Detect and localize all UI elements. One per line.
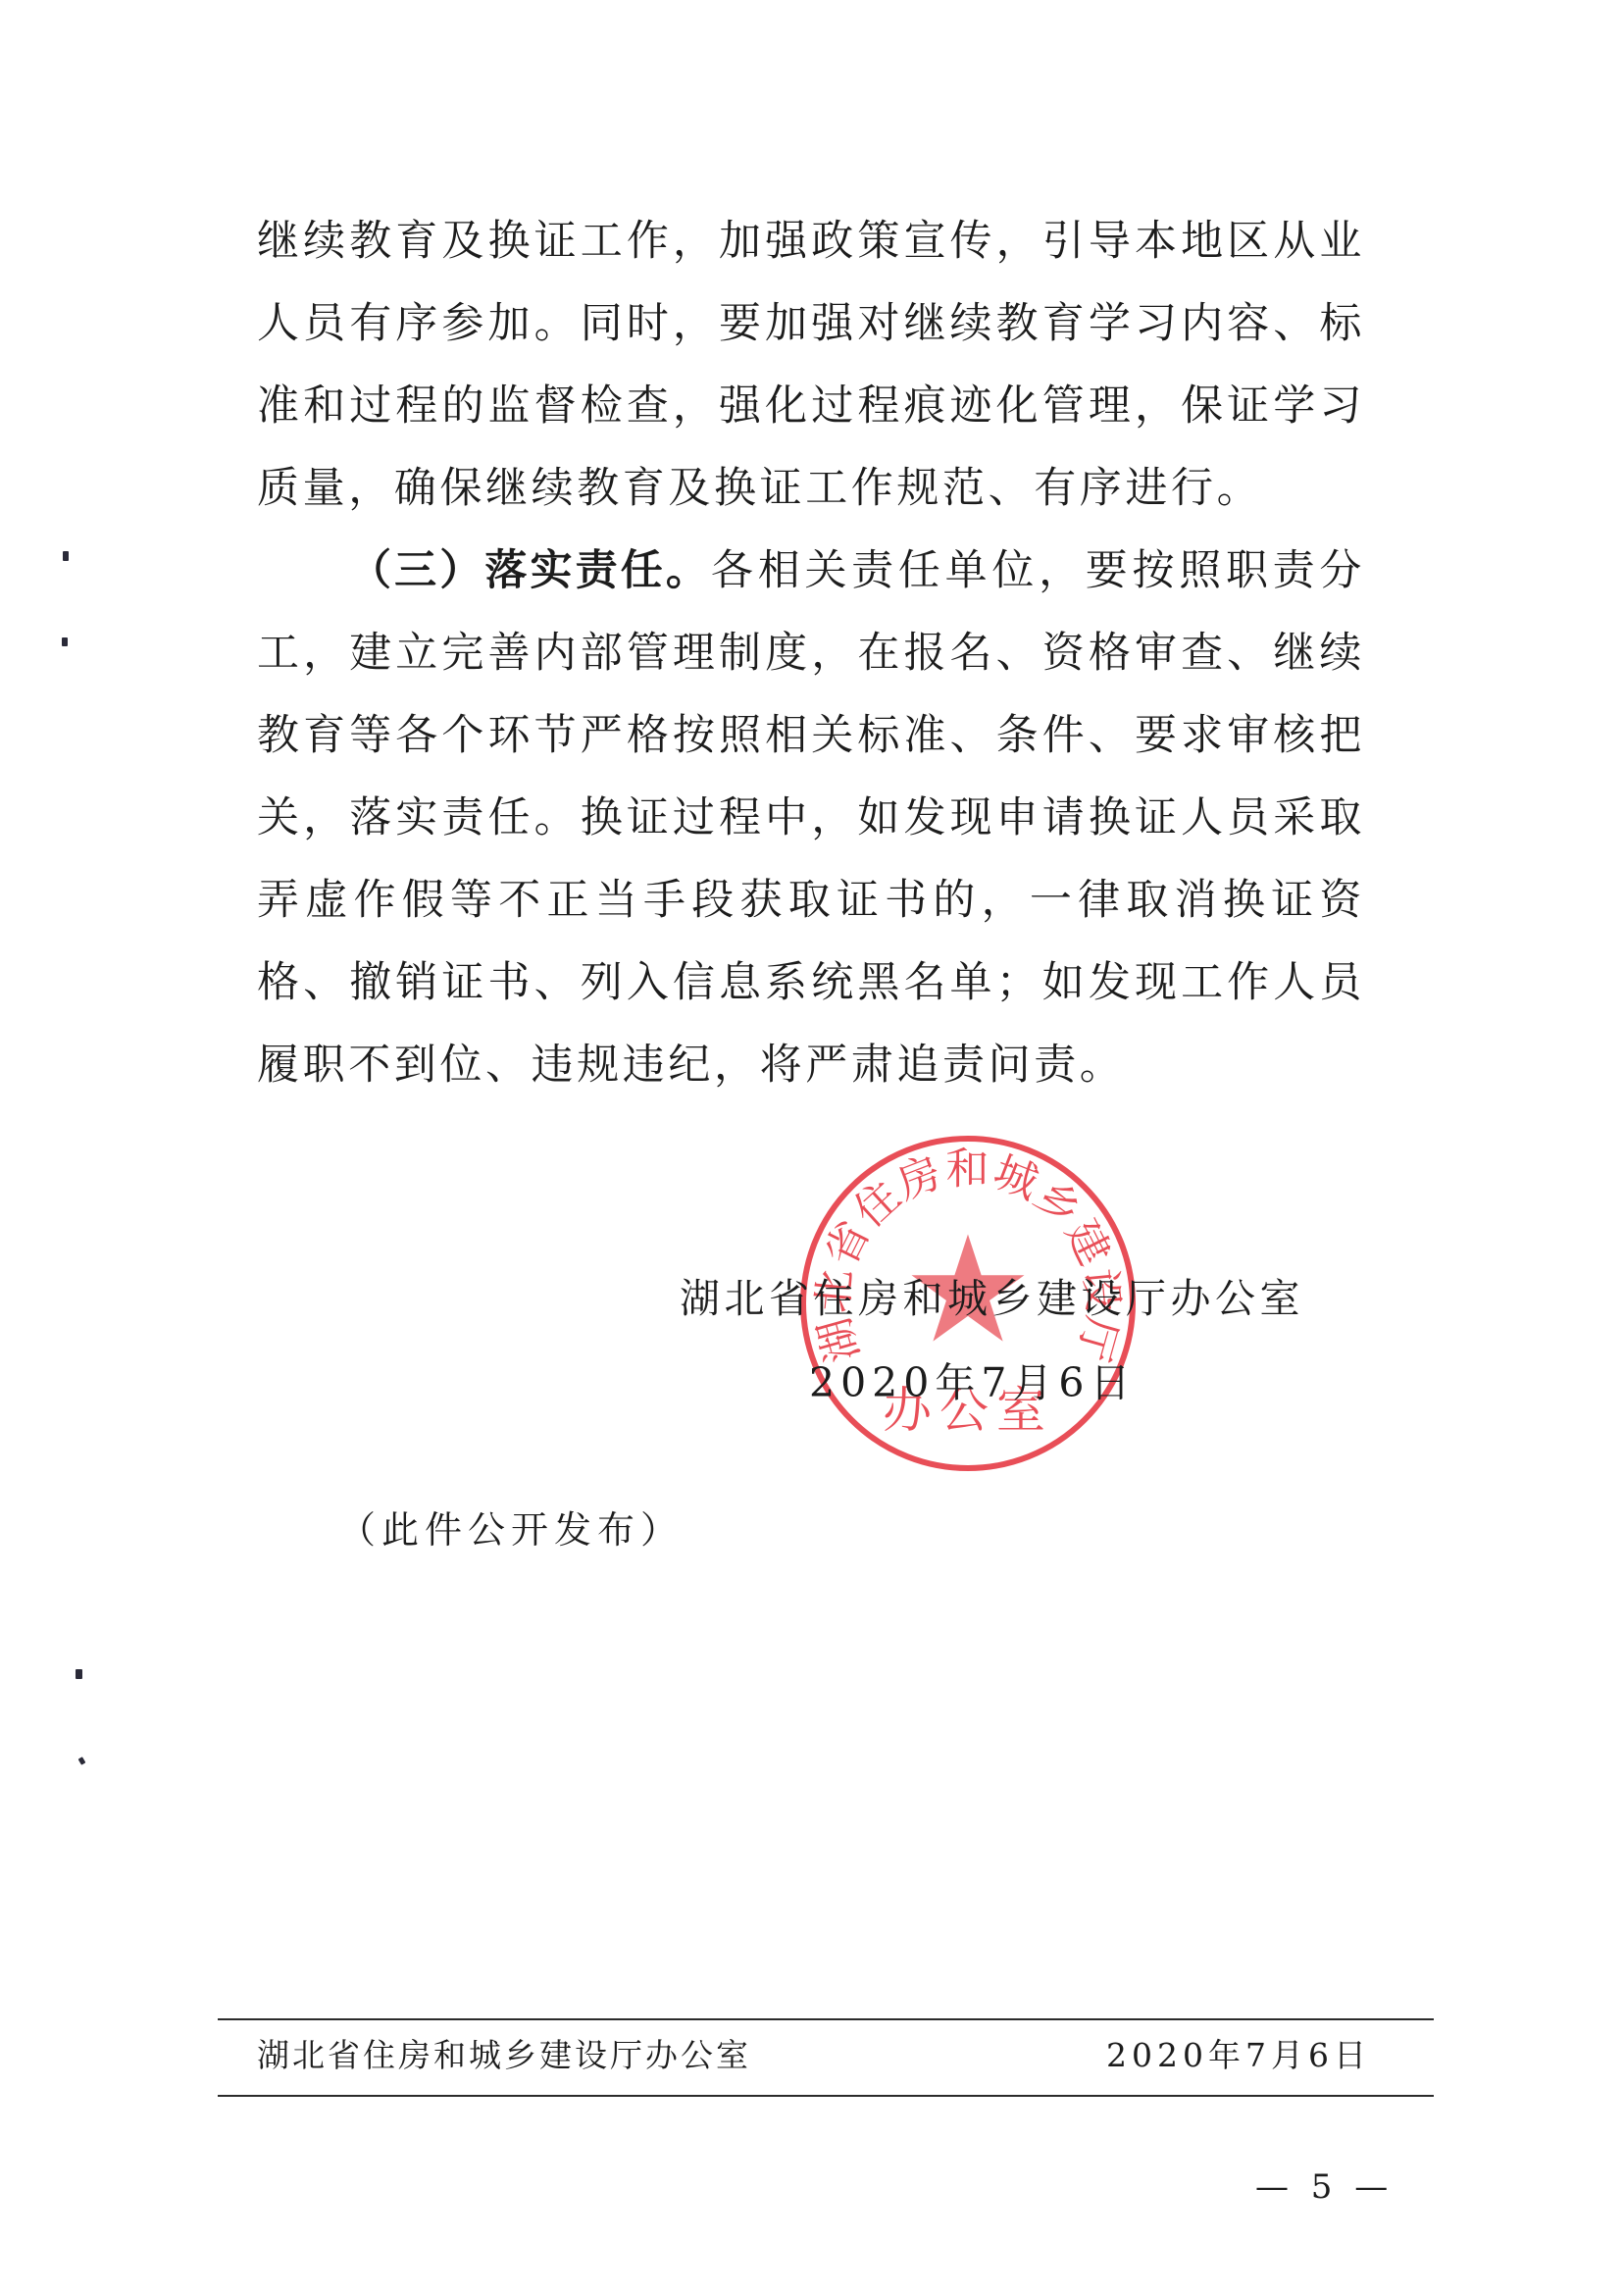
binding-mark	[78, 1756, 86, 1765]
section-heading: （三）落实责任。	[349, 546, 711, 595]
binding-mark	[63, 551, 69, 561]
footer-rule-top	[218, 2018, 1434, 2020]
paragraph-section-3: （三）落实责任。各相关责任单位，要按照职责分工，建立完善内部管理制度，在报名、资…	[257, 530, 1365, 1106]
binding-mark	[62, 637, 68, 646]
footer-issuer: 湖北省住房和城乡建设厅办公室	[257, 2034, 751, 2077]
footer-rule-bottom	[218, 2095, 1434, 2097]
release-note: （此件公开发布）	[338, 1505, 684, 1554]
signature-date: 2020年7月6日	[809, 1355, 1137, 1410]
binding-mark	[76, 1669, 82, 1679]
section-text: 各相关责任单位，要按照职责分工，建立完善内部管理制度，在报名、资格审查、继续教育…	[257, 546, 1365, 1090]
page-number: — 5 —	[1255, 2165, 1394, 2209]
paragraph-continuation: 继续教育及换证工作，加强政策宣传，引导本地区从业人员有序参加。同时，要加强对继续…	[257, 200, 1365, 530]
document-page: 继续教育及换证工作，加强政策宣传，引导本地区从业人员有序参加。同时，要加强对继续…	[0, 0, 1624, 2291]
footer-date: 2020年7月6日	[1106, 2034, 1371, 2077]
document-body: 继续教育及换证工作，加强政策宣传，引导本地区从业人员有序参加。同时，要加强对继续…	[257, 200, 1365, 1106]
signature-issuer: 湖北省住房和城乡建设厅办公室	[680, 1271, 1304, 1326]
